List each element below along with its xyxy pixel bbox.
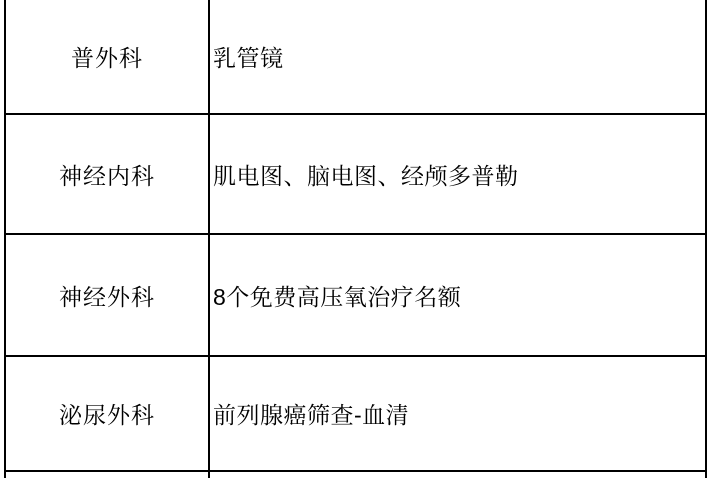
- item-cell: 8个免费高压氧治疗名额: [210, 235, 705, 355]
- table-row: 普外科 乳管镜: [6, 0, 705, 115]
- department-cell: 泌尿外科: [6, 357, 210, 470]
- department-cell: [6, 472, 210, 478]
- department-cell: 普外科: [6, 0, 210, 113]
- table-row-partial: [6, 472, 705, 478]
- table-row: 泌尿外科 前列腺癌筛查-血清: [6, 357, 705, 472]
- departments-table: 普外科 乳管镜 神经内科 肌电图、脑电图、经颅多普勒 神经外科 8个免费高压氧治…: [4, 0, 707, 478]
- department-cell: 神经内科: [6, 115, 210, 233]
- department-cell: 神经外科: [6, 235, 210, 355]
- item-cell: 前列腺癌筛查-血清: [210, 357, 705, 470]
- item-cell: [210, 472, 705, 478]
- table-row: 神经外科 8个免费高压氧治疗名额: [6, 235, 705, 357]
- item-cell: 乳管镜: [210, 0, 705, 113]
- table-row: 神经内科 肌电图、脑电图、经颅多普勒: [6, 115, 705, 235]
- item-cell: 肌电图、脑电图、经颅多普勒: [210, 115, 705, 233]
